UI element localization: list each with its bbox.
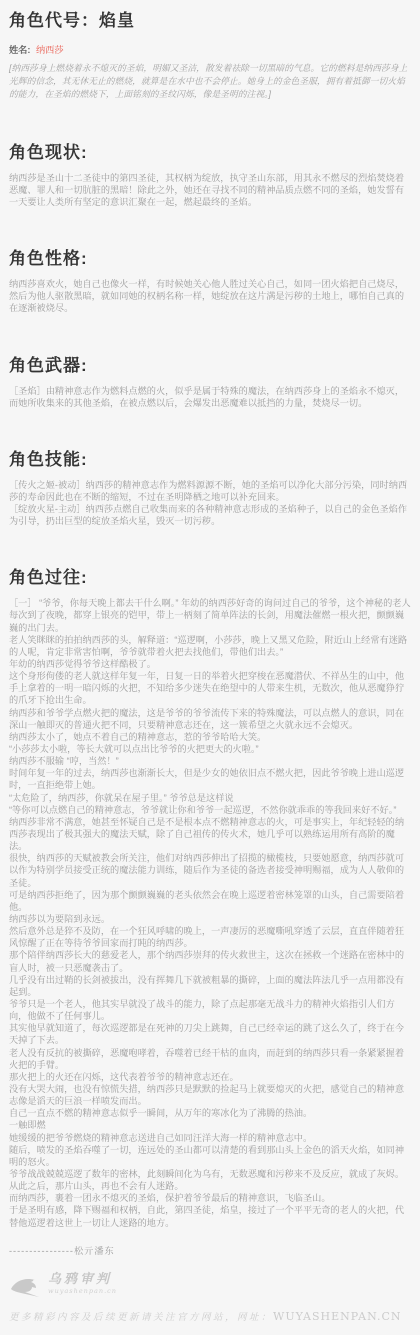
author-signature: ----------------松亓潘东 <box>9 1243 411 1257</box>
paragraph: 纳西莎喜欢火，她自己也像火一样，有时候她关心他人胜过关心自己，如同一团火焰把自己… <box>9 278 411 314</box>
paragraph: 很快，纳西莎的天赋被教会所关注，他们对纳西莎伸出了招揽的橄榄枝，只要她愿意，纳西… <box>9 852 411 888</box>
paragraph: 那火把上的火还在闪烁，这代表着爷爷的精神意志还在。 <box>9 1071 411 1083</box>
character-intro: [纳西莎身上燃烧着永不熄灭的圣焰，明媚又圣洁，散发着祛除一切黑暗的气息。它的燃料… <box>9 62 411 102</box>
paragraph: ［传火之姬-被动］纳西莎的精神意志作为燃料源源不断，她的圣焰可以净化大部分污染，… <box>9 479 411 503</box>
name-label: 姓名: <box>9 45 30 55</box>
section-heading: 角色性格: <box>9 244 411 269</box>
section-heading: 角色武器: <box>9 351 411 376</box>
paragraph: 年幼的纳西莎觉得爷爷这样酷极了。 <box>9 658 411 670</box>
character-name-row: 姓名: 纳西莎 <box>9 42 411 56</box>
paragraph: 没有大哭大闹，也没有惊慌失措，纳西莎只是默默的捡起马上就要熄灭的火把，感觉自己的… <box>9 1083 411 1107</box>
paragraph: 纳西莎太小了，她点不着自己的精神意志，惹的爷爷哈哈大笑。 <box>9 731 411 743</box>
paragraph: 自己一直点不燃的精神意志似乎一瞬间，从万年的寒冰化为了沸腾的热油。 <box>9 1107 411 1119</box>
paragraph: 这个身形佝偻的老人就这样年复一年，日复一日的举着火把穿梭在恶魔潜伏、不祥丛生的山… <box>9 670 411 706</box>
document-page: 角色代号：焰皇 姓名: 纳西莎 [纳西莎身上燃烧着永不熄灭的圣焰，明媚又圣洁，散… <box>0 0 420 1335</box>
paragraph: ［圣焰］由精神意志作为燃料点燃的火，似乎是属于特殊的魔法，在纳西莎身上的圣焰永不… <box>9 385 411 409</box>
paragraph: ［绽放火星-主动］纳西莎点燃自己收集而来的各种精神意志形成的圣焰种子，以自己的金… <box>9 503 411 527</box>
section-heading: 角色技能: <box>9 445 411 470</box>
footer-logo-row: 乌鸦审判 wuyashenpan.cn <box>9 1273 411 1304</box>
paragraph: 老人笑眯眯的拍拍纳西莎的头，解释道：“巡逻啊，小莎莎，晚上又黑又危险，附近山上经… <box>9 634 411 658</box>
paragraph: “小莎莎太小啦，等长大就可以点出比爷爷的火把更大的火啦。” <box>9 743 411 755</box>
page-title: 角色代号：焰皇 <box>9 10 411 32</box>
section-heading: 角色现状: <box>9 138 411 163</box>
crow-logo-icon <box>9 1275 43 1304</box>
paragraph: 于是圣明有感，降下赐福和权柄，自此，第四圣徒，焰皇，接过了一个平平无奇的老人的火… <box>9 1204 411 1228</box>
footer-watermark: 乌鸦审判 wuyashenpan.cn 更多精彩内容及后续更新请关注官方网站，网… <box>9 1273 411 1323</box>
footer-site-url: WUYASHENPAN.CN <box>273 1310 402 1323</box>
paragraph: “太危险了，纳西莎，你就呆在屋子里。” 爷爷总是这样说 <box>9 792 411 804</box>
paragraph: 从此之后，那片山头，再也不会有人迷路。 <box>9 1180 411 1192</box>
footer-note-text: 更多精彩内容及后续更新请关注官方网站，网址： <box>9 1312 273 1323</box>
footer-logo-title: 乌鸦审判 <box>48 1273 117 1287</box>
paragraph: “等你可以点燃自己的精神意志，爷爷就让你和爷爷一起巡逻，不然你就乖乖的等我回来好… <box>9 804 411 816</box>
paragraph: 她缓缓的把爷爷燃烧的精神意志送进自己如同汪洋大海一样的精神意志中。 <box>9 1132 411 1144</box>
paragraph: 时间年复一年的过去，纳西莎也渐渐长大，但是少女的她依旧点不燃火把，因此爷爷晚上进… <box>9 767 411 791</box>
paragraph: 爷爷只是一个老人，他其实早就没了战斗的能力，除了点起那毫无战斗力的精神火焰指引人… <box>9 998 411 1022</box>
paragraph: 其实他早就知道了，每次巡逻都是在死神的刀尖上跳舞，自己已经幸运的跳了这么久了，终… <box>9 1022 411 1046</box>
paragraph: 随后，喷发的圣焰吞噬了一切，连远处的圣山都可以清楚的看到那山头上金色的滔天火焰，… <box>9 1144 411 1168</box>
footer-logo-text-block: 乌鸦审判 wuyashenpan.cn <box>48 1273 117 1295</box>
paragraph: 可是纳西莎拒绝了，因为那个颤颤巍巍的老头依然会在晚上巡逻着密林笼罩的山头，自己需… <box>9 889 411 913</box>
paragraph: 几乎没有出过鞘的长剑被拔出，没有挥舞几下就被粗暴的撕碎，上面的魔法阵法几乎一点用… <box>9 974 411 998</box>
character-name-value: 纳西莎 <box>36 45 64 55</box>
paragraph: 纳西莎以为要陪到永远。 <box>9 913 411 925</box>
paragraph: 一触即燃 <box>9 1119 411 1131</box>
paragraph: 纳西莎是圣山十二圣徒中的第四圣徒，其权柄为绽放，执守圣山东部，用其永不燃尽的烈焰… <box>9 172 411 208</box>
paragraph: 老人没有反抗的被撕碎，恶魔咆哮着，吞噬着已经干枯的血肉，而赶到的纳西莎只看一条紧… <box>9 1047 411 1071</box>
paragraph: 纳西莎非常不满意，她甚至怀疑自己是不是根本点不燃精神意志的火，可是事实上，年纪轻… <box>9 816 411 852</box>
paragraph: 爷爷战战兢兢巡逻了数年的密林，此刻瞬间化为乌有，无数恶魔和污秽来不及反应，就成了… <box>9 1168 411 1180</box>
paragraph: 那个陪伴纳西莎长大的慈爱老人，那个纳西莎崇拜的传火救世主，这次在拯救一个迷路在密… <box>9 949 411 973</box>
paragraph: 然后意外总是猝不及防，在一个狂风呼啸的晚上，一声凄厉的恶魔嘶吼穿透了云层，直直伴… <box>9 925 411 949</box>
paragraph: 纳西莎不服输 “哼，当然！” <box>9 755 411 767</box>
sections: 角色现状:纳西莎是圣山十二圣徒中的第四圣徒，其权柄为绽放，执守圣山东部，用其永不… <box>9 138 411 1229</box>
paragraph: ［一］ “爷爷，你每天晚上都去干什么啊。” 年幼的纳西莎好奇的询问过自己的爷爷，… <box>9 597 411 633</box>
footer-note: 更多精彩内容及后续更新请关注官方网站，网址：WUYASHENPAN.CN <box>9 1309 411 1323</box>
paragraph: 纳西莎和爷爷学点燃火把的魔法，这是爷爷的爷爷流传下来的特殊魔法，可以点燃人的意识… <box>9 707 411 731</box>
paragraph: 而纳西莎，裹着一团永不熄灭的圣焰，保护着爷爷最后的精神意识，飞临圣山。 <box>9 1192 411 1204</box>
footer-logo-subtitle: wuyashenpan.cn <box>48 1287 117 1295</box>
section-heading: 角色过往: <box>9 563 411 588</box>
